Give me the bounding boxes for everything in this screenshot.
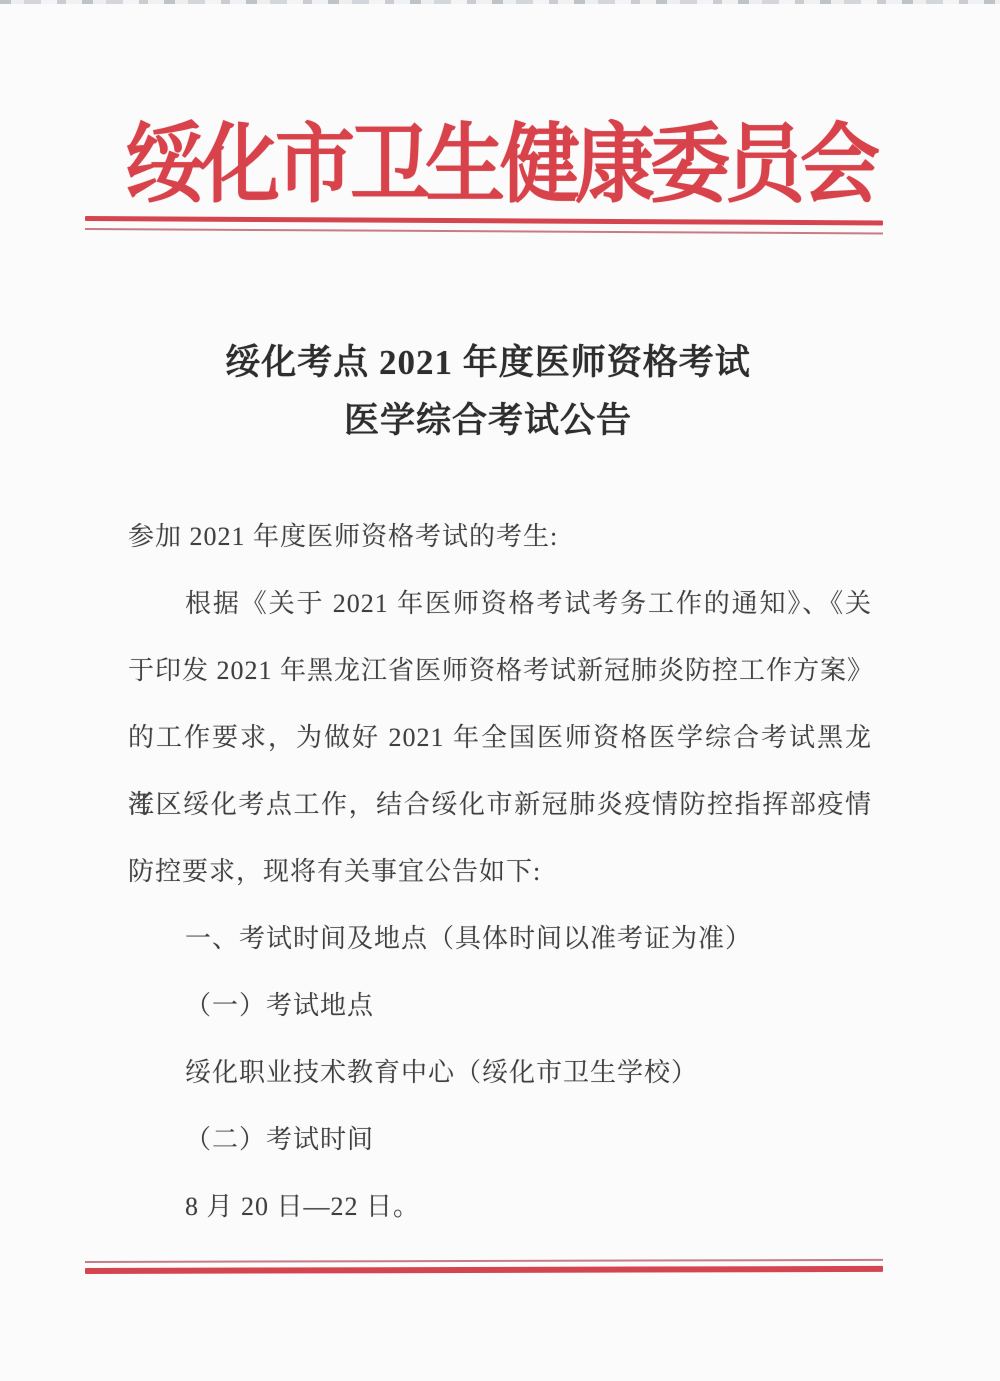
section-1-2-heading: （二）考试时间 bbox=[128, 1106, 872, 1173]
doc-title-line1: 绥化考点 2021 年度医师资格考试 bbox=[0, 335, 976, 385]
exam-location-text: 绥化职业技术教育中心（绥化市卫生学校） bbox=[128, 1039, 872, 1106]
body-line-paragraph: 防控要求，现将有关事宜公告如下: bbox=[128, 838, 872, 905]
body-line-paragraph: 考区绥化考点工作，结合绥化市新冠肺炎疫情防控指挥部疫情 bbox=[128, 771, 872, 838]
footer-rule-thick bbox=[85, 1266, 883, 1274]
footer-rule bbox=[85, 1259, 883, 1274]
document-page: 绥化市卫生健康委员会 绥化考点 2021 年度医师资格考试 医学综合考试公告 参… bbox=[0, 0, 1000, 1381]
doc-title-line2: 医学综合考试公告 bbox=[0, 393, 976, 443]
exam-dates-text: 8 月 20 日—22 日。 bbox=[128, 1173, 872, 1240]
document-body: 参加 2021 年度医师资格考试的考生: 根据《关于 2021 年医师资格考试考… bbox=[128, 503, 872, 1240]
body-line-paragraph: 于印发 2021 年黑龙江省医师资格考试新冠肺炎防控工作方案》 bbox=[128, 637, 872, 704]
scan-edge-artifact bbox=[0, 0, 1000, 4]
org-title: 绥化市卫生健康委员会 bbox=[0, 112, 1000, 220]
body-line-paragraph: 的工作要求，为做好 2021 年全国医师资格医学综合考试黑龙江 bbox=[128, 704, 872, 771]
body-line-paragraph: 根据《关于 2021 年医师资格考试考务工作的通知》、《关 bbox=[128, 570, 872, 637]
section-1-1-heading: （一）考试地点 bbox=[128, 972, 872, 1039]
body-line-salutation: 参加 2021 年度医师资格考试的考生: bbox=[128, 503, 872, 570]
section-1-heading: 一、考试时间及地点（具体时间以准考证为准） bbox=[128, 905, 872, 972]
